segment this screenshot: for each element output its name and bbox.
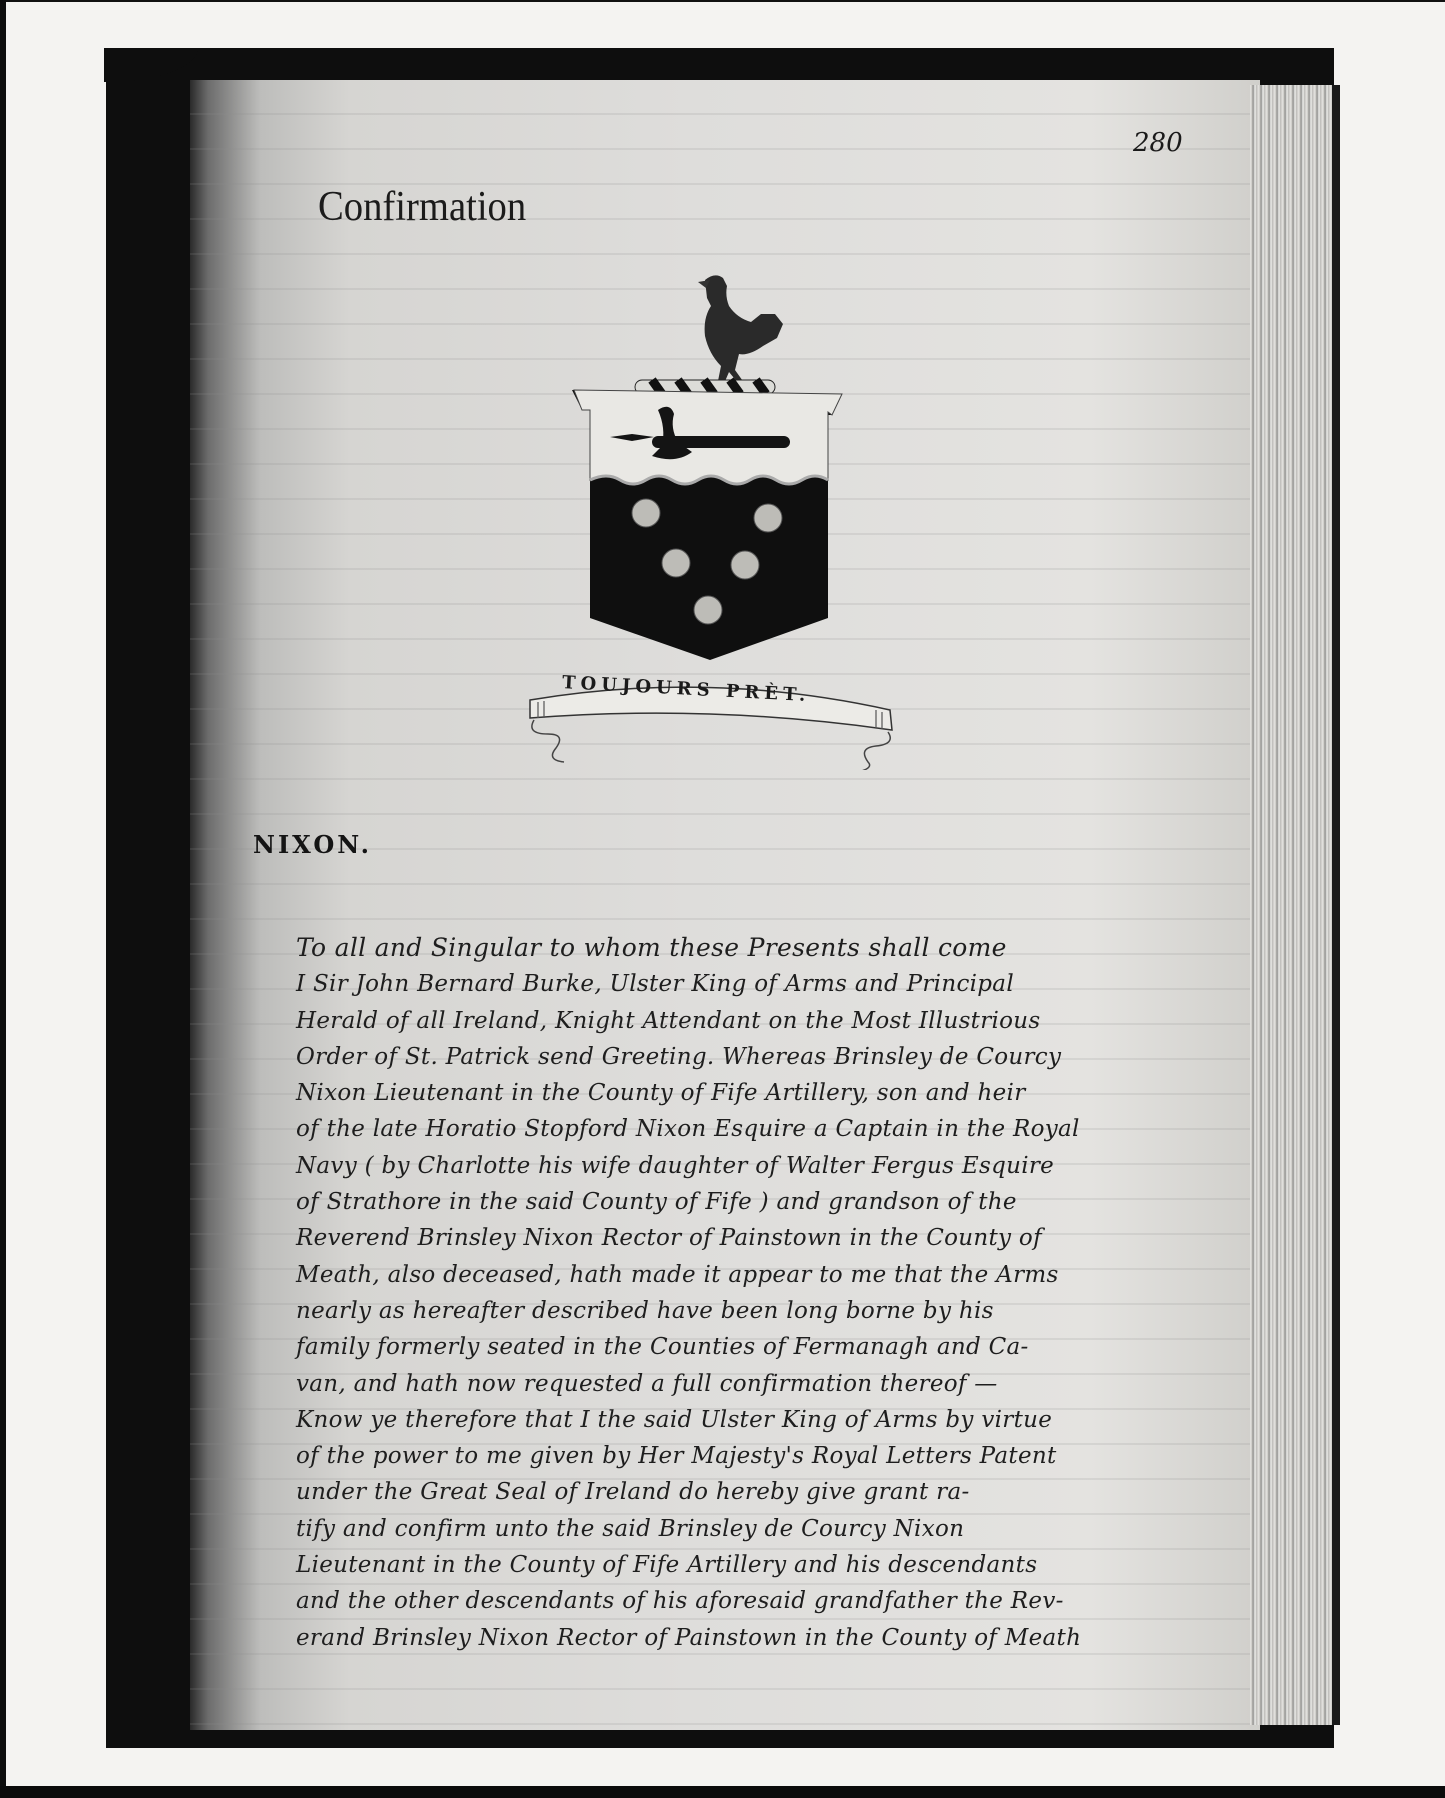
page-heading: Confirmation: [318, 183, 526, 231]
text-line: erand Brinsley Nixon Rector of Painstown…: [296, 1620, 1216, 1656]
text-line: Herald of all Ireland, Knight Attendant …: [296, 1003, 1216, 1039]
text-line: family formerly seated in the Counties o…: [296, 1329, 1216, 1365]
coat-of-arms-icon: [560, 260, 860, 660]
text-line: Order of St. Patrick send Greeting. Wher…: [296, 1039, 1216, 1075]
photo-frame-bottom: [0, 1786, 1445, 1798]
text-line: tify and confirm unto the said Brinsley …: [296, 1511, 1216, 1547]
text-line: of the late Horatio Stopford Nixon Esqui…: [296, 1111, 1216, 1147]
surname-heading: NIXON.: [253, 830, 372, 859]
text-line: and the other descendants of his aforesa…: [296, 1583, 1216, 1619]
text-line: Reverend Brinsley Nixon Rector of Painst…: [296, 1220, 1216, 1256]
text-line: nearly as hereafter described have been …: [296, 1293, 1216, 1329]
text-line: Meath, also deceased, hath made it appea…: [296, 1257, 1216, 1293]
text-line: To all and Singular to whom these Presen…: [296, 930, 1216, 966]
text-line: I Sir John Bernard Burke, Ulster King of…: [296, 966, 1216, 1002]
text-line: Nixon Lieutenant in the County of Fife A…: [296, 1075, 1216, 1111]
page-number: 280: [1133, 128, 1183, 158]
text-line: Navy ( by Charlotte his wife daughter of…: [296, 1148, 1216, 1184]
cock-crest-icon: [698, 275, 783, 386]
text-line: of the power to me given by Her Majesty'…: [296, 1438, 1216, 1474]
text-line: Lieutenant in the County of Fife Artille…: [296, 1547, 1216, 1583]
text-line: of Strathore in the said County of Fife …: [296, 1184, 1216, 1220]
confirmation-body-text: To all and Singular to whom these Presen…: [296, 930, 1216, 1656]
photo-frame-top: [0, 0, 1445, 2]
text-line: van, and hath now requested a full confi…: [296, 1366, 1216, 1402]
text-line: under the Great Seal of Ireland do hereb…: [296, 1474, 1216, 1510]
photo-frame-left: [0, 0, 6, 1798]
text-line: Know ye therefore that I the said Ulster…: [296, 1402, 1216, 1438]
page-edges: [1250, 85, 1340, 1725]
